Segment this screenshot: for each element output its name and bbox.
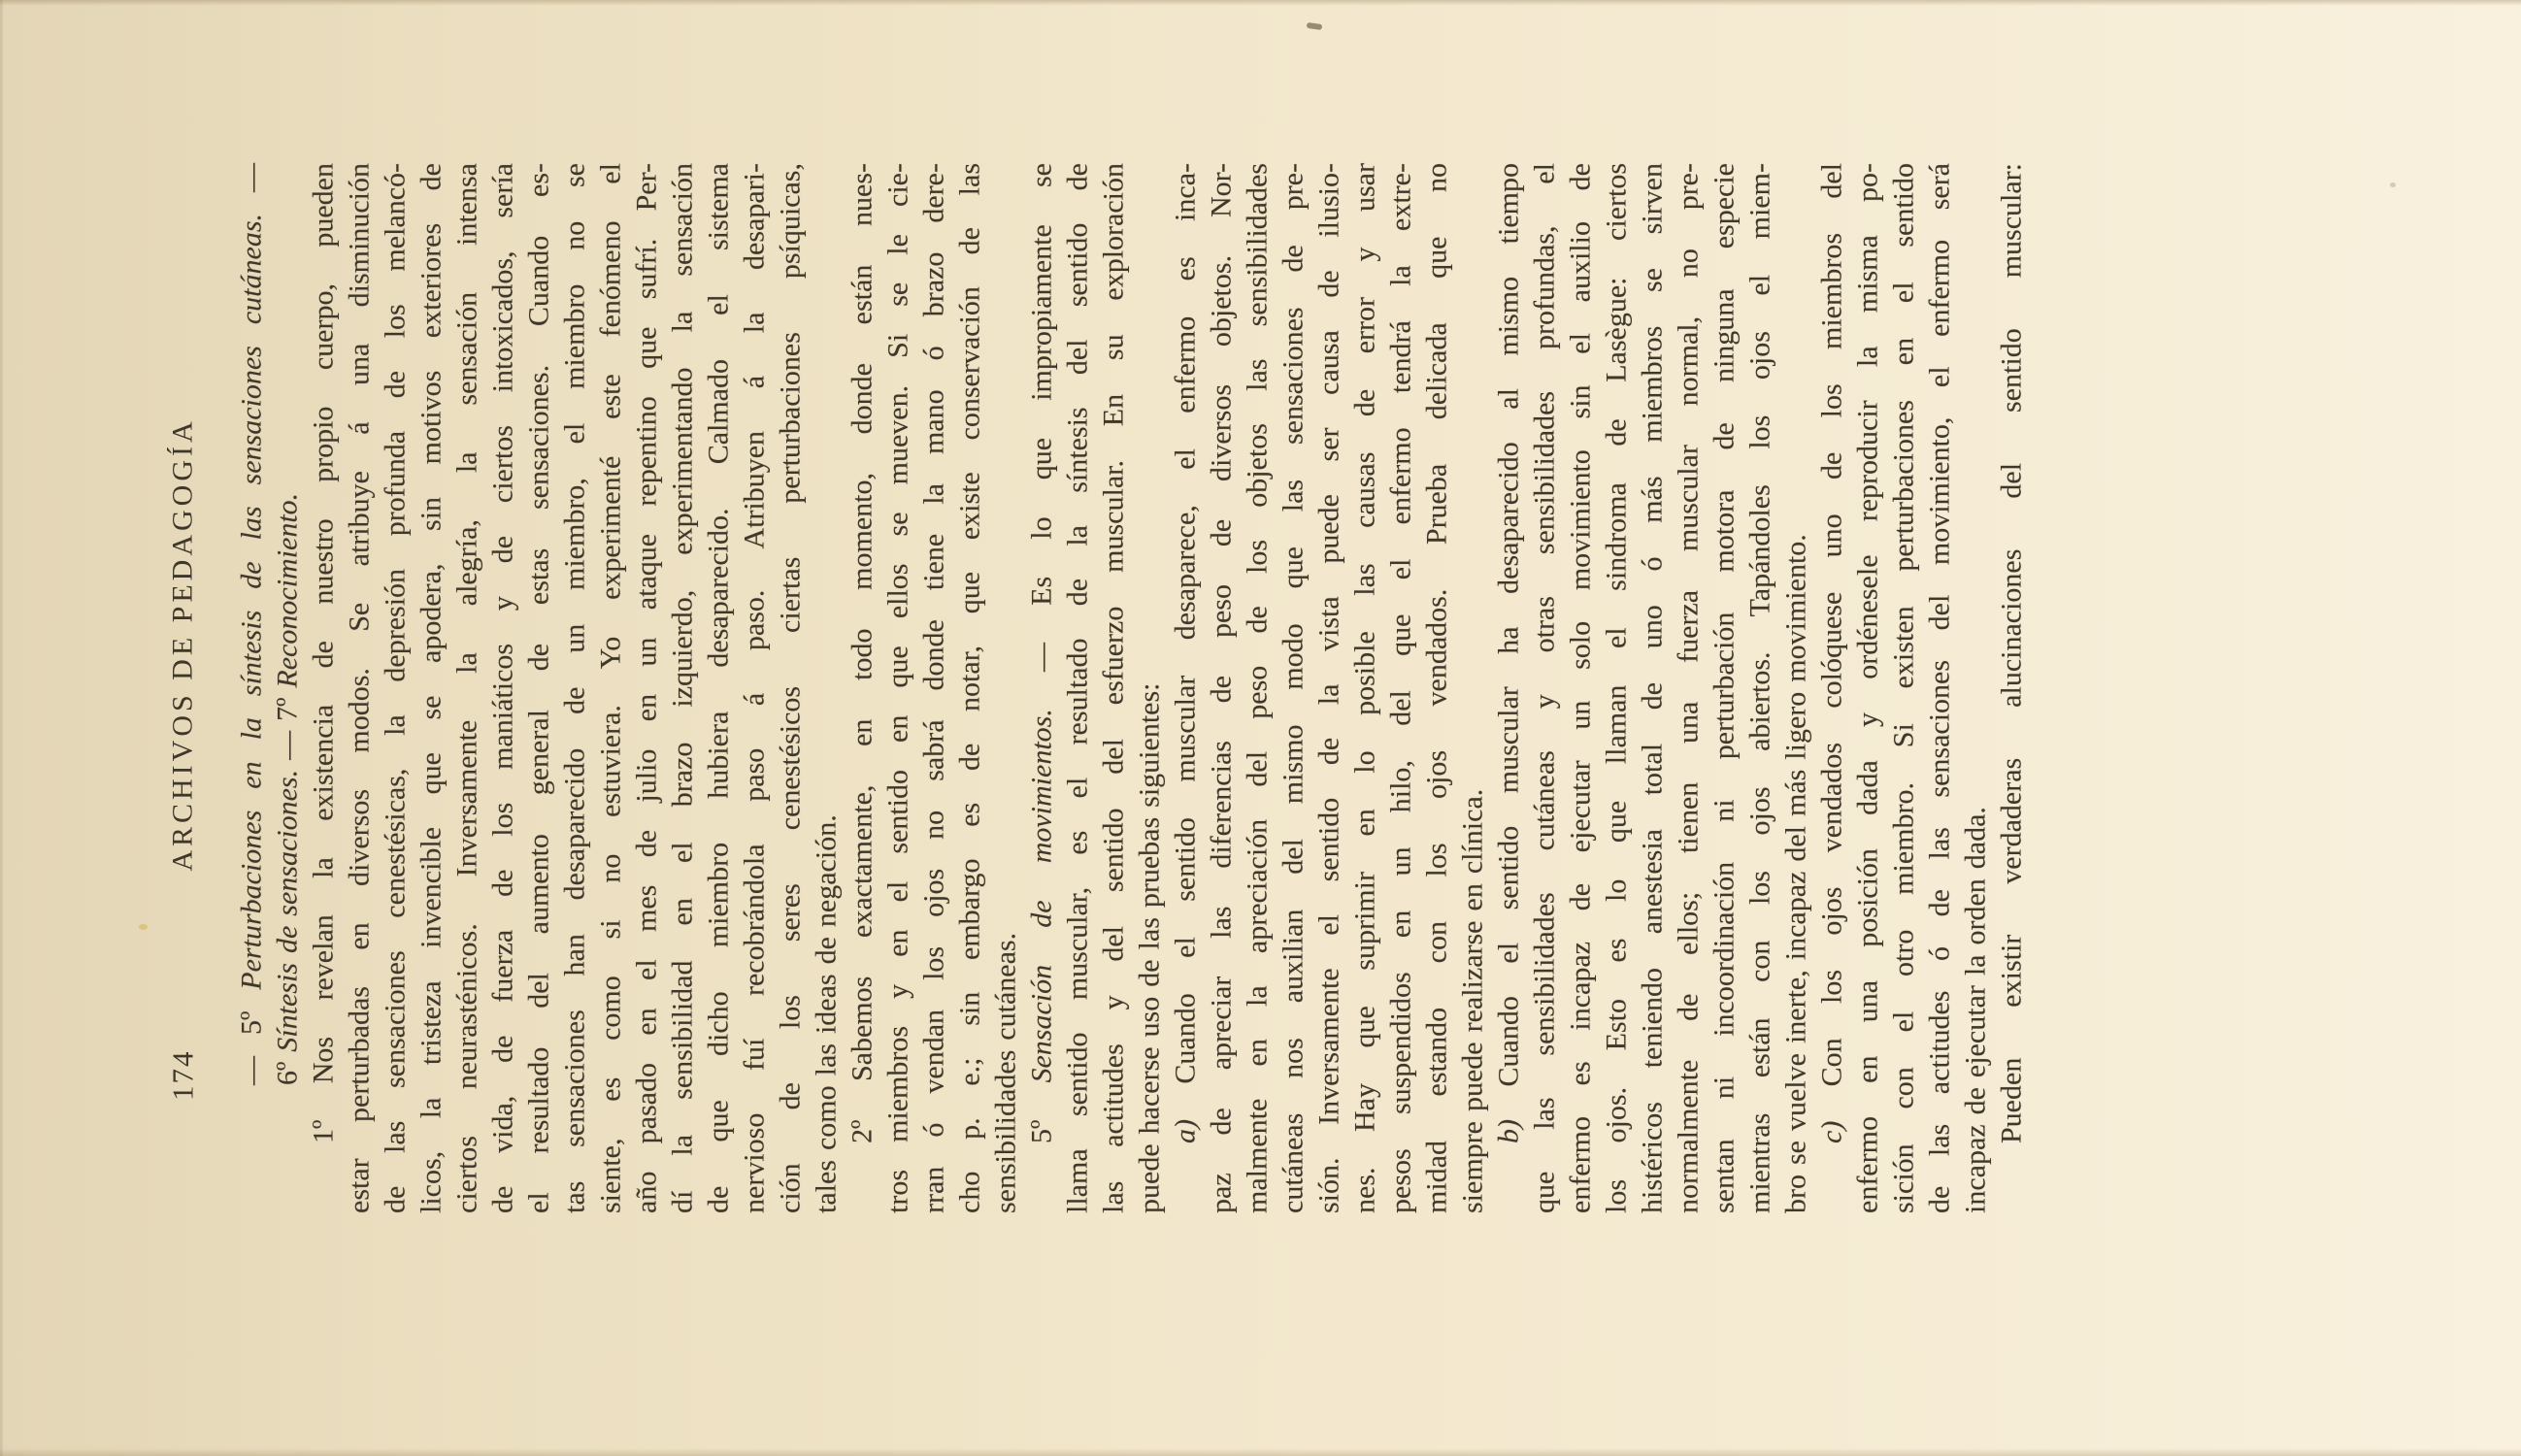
text-line: c) Con los ojos vendados colóquese uno d… — [1813, 163, 1849, 1213]
running-title: ARCHIVOS DE PEDAGOGÍA — [165, 417, 200, 871]
text-line: sión. Inversamente el sentido de la vist… — [1310, 163, 1346, 1213]
text-line: estar perturbadas en diversos modos. Se … — [341, 163, 377, 1213]
text-line: bro se vuelve inerte, incapaz del más li… — [1777, 163, 1813, 1213]
text-line: sensibilidades cutáneas. — [987, 163, 1023, 1213]
text-line: siempre puede realizarse en clínica. — [1454, 163, 1490, 1213]
text-line: siente, es como si no estuviera. Yo expe… — [592, 163, 628, 1213]
text-line: a) Cuando el sentido muscular desaparece… — [1167, 163, 1203, 1213]
text-line: Pueden existir verdaderas alucinaciones … — [1993, 163, 2029, 1213]
text-line: tas sensaciones han desaparecido de un m… — [556, 163, 592, 1213]
text-line: b) Cuando el sentido muscular ha desapar… — [1490, 163, 1526, 1213]
text-line: de las actitudes ó de las sensaciones de… — [1921, 163, 1957, 1213]
text-line: tros miembros y en el sentido en que ell… — [879, 163, 915, 1213]
text-line: enfermo es incapaz de ejecutar un solo m… — [1562, 163, 1598, 1213]
text-line: histéricos teniendo anestesia total de u… — [1634, 163, 1670, 1213]
page-header: 174 ARCHIVOS DE PEDAGOGÍA — [165, 0, 204, 1456]
text-line: 1º Nos revelan la existencia de nuestro … — [305, 163, 341, 1213]
text-line: año pasado en el mes de julio en un ataq… — [628, 163, 664, 1213]
text-line: pesos suspendidos en un hilo, del que el… — [1382, 163, 1418, 1213]
text-line: dí la sensibilidad en el brazo izquierdo… — [664, 163, 700, 1213]
text-line: tales como las ideas de negación. — [808, 163, 844, 1213]
text-line: normalmente de ellos; tienen una fuerza … — [1670, 163, 1706, 1213]
text-line: puede hacerse uso de las pruebas siguien… — [1131, 163, 1167, 1213]
text-line: mientras están con los ojos abiertos. Ta… — [1741, 163, 1777, 1213]
text-line: sición con el otro miembro. Si existen p… — [1885, 163, 1921, 1213]
text-line: — 5º Perturbaciones en la síntesis de la… — [233, 163, 269, 1213]
text-line: rran ó vendan los ojos no sabrá donde ti… — [915, 163, 951, 1213]
text-line: 5º Sensación de movimientos. — Es lo que… — [1023, 163, 1059, 1213]
text-line: nervioso fuí recobrándola paso á paso. A… — [736, 163, 772, 1213]
text-line: midad estando con los ojos vendados. Pru… — [1418, 163, 1454, 1213]
text-line: nes. Hay que suprimir en lo posible las … — [1346, 163, 1382, 1213]
text-line: 6º Síntesis de sensaciones. — 7º Reconoc… — [269, 163, 305, 1213]
text-line: licos, la tristeza invencible que se apo… — [413, 163, 448, 1213]
text-line: 2º Sabemos exactamente, en todo momento,… — [844, 163, 879, 1213]
scanned-book-page-screenshot: 174 ARCHIVOS DE PEDAGOGÍA — 5º Perturbac… — [0, 0, 2521, 1456]
book-page: 174 ARCHIVOS DE PEDAGOGÍA — 5º Perturbac… — [0, 0, 2521, 1456]
text-line: incapaz de ejecutar la orden dada. — [1957, 163, 1993, 1213]
text-line: las actitudes y del sentido del esfuerzo… — [1095, 163, 1131, 1213]
text-line: llama sentido muscular, es el resultado … — [1059, 163, 1095, 1213]
text-line: el resultado del aumento general de esta… — [520, 163, 556, 1213]
text-line: paz de apreciar las diferencias de peso … — [1203, 163, 1239, 1213]
text-line: ción de los seres cenestésicos ciertas p… — [772, 163, 808, 1213]
text-line: de que dicho miembro hubiera desaparecid… — [700, 163, 736, 1213]
text-line: de las sensaciones cenestésicas, la depr… — [377, 163, 413, 1213]
text-line: sentan ni incoordinación ni perturbación… — [1706, 163, 1741, 1213]
page-number: 174 — [165, 1050, 200, 1102]
text-line: malmente en la apreciación del peso de l… — [1239, 163, 1275, 1213]
text-line: cutáneas nos auxilian del mismo modo que… — [1275, 163, 1310, 1213]
page-text: — 5º Perturbaciones en la síntesis de la… — [233, 163, 2029, 1213]
text-line: ciertos neurasténicos. Inversamente la a… — [448, 163, 484, 1213]
text-line: de vida, de fuerza de los maniáticos y d… — [484, 163, 520, 1213]
text-line: cho p. e.; sin embargo es de notar, que … — [951, 163, 987, 1213]
text-line: los ojos. Esto es lo que llaman el sindr… — [1598, 163, 1634, 1213]
text-line: que las sensibilidades cutáneas y otras … — [1526, 163, 1562, 1213]
text-line: enfermo en una posición dada y ordénesel… — [1849, 163, 1885, 1213]
